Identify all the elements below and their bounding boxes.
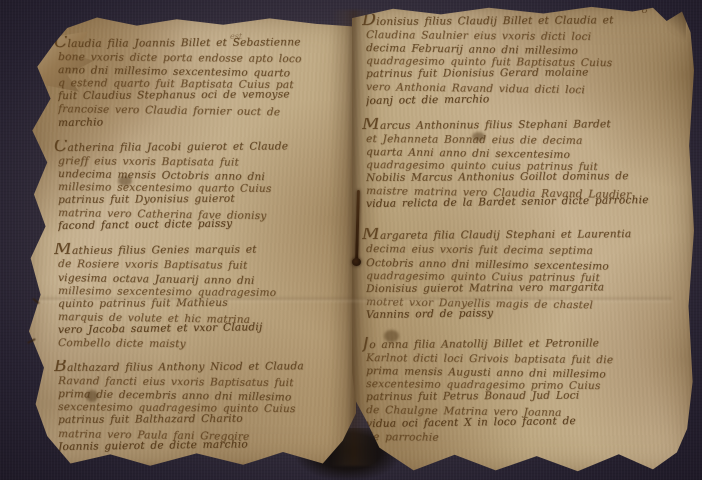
manuscript-line: patrinus fuit Dyonisius guierot	[58, 192, 346, 207]
manuscript-line: quinto patrinus fuit Mathieus	[58, 296, 346, 311]
record-paragraph: Margareta filia Claudij Stephani et Laur…	[366, 228, 684, 322]
manuscript-line: Margareta filia Claudij Stephani et Laur…	[362, 226, 684, 243]
manuscript-photo: Claudia filia Joannis Billet et Sebastie…	[0, 0, 702, 480]
right-page: Dionisius filius Claudij Billet et Claud…	[352, 4, 694, 476]
record-paragraph: Claudia filia Joannis Billet et Sebastie…	[58, 36, 346, 130]
marginal-note: est	[230, 32, 242, 41]
ink-blot	[86, 390, 98, 402]
left-page-text: Claudia filia Joannis Billet et Sebastie…	[58, 36, 346, 464]
manuscript-line: Combello dicte maisty	[58, 337, 346, 353]
record-paragraph: Mathieus filius Genies marquis etde Rosi…	[58, 243, 346, 350]
record-paragraph: Marcus Anthoninus filius Stephani Bardet…	[366, 118, 684, 212]
manuscript-line: Catherina filia Jacobi guierot et Claude	[54, 138, 346, 155]
record-paragraph: Balthazard filius Anthony Nicod et Claud…	[58, 360, 346, 454]
record-paragraph: Dionisius filius Claudij Billet et Claud…	[366, 14, 684, 108]
manuscript-line: Dionisius filius Claudij Billet et Claud…	[362, 12, 684, 29]
manuscript-line: de parrochie	[366, 431, 684, 447]
manuscript-line: Dionisius guierot Matrina vero margarita	[366, 280, 684, 295]
manuscript-line: fuit Claudius Stephanus oci de vemoyse	[58, 88, 346, 103]
manuscript-line: Balthazard filius Anthony Nicod et Claud…	[54, 358, 346, 375]
ink-blot	[472, 132, 485, 141]
page-number-mark: 8	[642, 5, 648, 16]
ink-blot	[384, 330, 399, 342]
manuscript-line: vero Jacoba saumet et vxor Claudij	[58, 320, 346, 337]
ink-blot	[118, 176, 132, 186]
manuscript-line: Marcus Anthoninus filius Stephani Bardet	[362, 115, 684, 132]
manuscript-line: patrinus fuit Petrus Bonaud Jud Loci	[366, 389, 684, 404]
binding-stitch-knot	[352, 258, 361, 266]
manuscript-line: Mathieus filius Genies marquis et	[54, 241, 346, 258]
manuscript-line: vidua relicta de la Bardet senior dicte …	[366, 194, 684, 212]
left-page: Claudia filia Joannis Billet et Sebastie…	[24, 12, 356, 468]
manuscript-line: patrinus fuit Balthazard Charito	[58, 412, 346, 427]
manuscript-line: patrinus fuit Dionisius Gerard molaine	[366, 66, 684, 81]
left-edge-stitch-mark	[32, 298, 40, 305]
manuscript-line: Claudia filia Joannis Billet et Sebastie…	[54, 34, 346, 51]
manuscript-line: facond fanct ouct dicte paissy	[58, 216, 346, 233]
manuscript-line: Nobilis Marcus Anthonius Goillot dominus…	[366, 170, 684, 185]
right-page-text: Dionisius filius Claudij Billet et Claud…	[366, 14, 684, 454]
record-paragraph: Jo anna filia Anatollij Billet et Petron…	[366, 337, 684, 444]
manuscript-line: Jo anna filia Anatollij Billet et Petron…	[362, 335, 684, 352]
record-paragraph: Catherina filia Jacobi guierot et Claude…	[58, 140, 346, 234]
